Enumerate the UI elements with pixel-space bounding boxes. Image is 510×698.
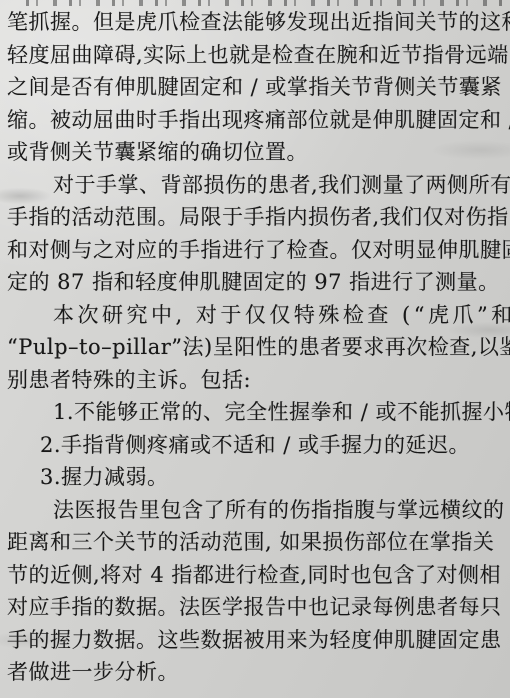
text-line: 本次研究中, 对于仅仅特殊检查 (“虎爪”和 — [7, 299, 510, 332]
text-line: 1.不能够正常的、完全性握拳和 / 或不能抓握小物体。 — [7, 396, 510, 429]
text-line: 手的握力数据。这些数据被用来为轻度伸肌腱固定患 — [7, 624, 510, 657]
text-line: 3.握力减弱。 — [7, 461, 510, 494]
text-line: 对应手指的数据。法医学报告中也记录每例患者每只 — [7, 591, 510, 624]
document-page: 笔抓握。但是虎爪检查法能够发现出近指间关节的这种轻度屈曲障碍,实际上也就是检查在… — [0, 0, 510, 698]
text-line: 定的 87 指和轻度伸肌腱固定的 97 指进行了测量。 — [7, 266, 510, 299]
text-line: 缩。被动屈曲时手指出现疼痛部位就是伸肌腱固定和 / — [7, 104, 510, 137]
text-line: 轻度屈曲障碍,实际上也就是检查在腕和近节指骨远端 — [7, 39, 510, 72]
text-line: 或背侧关节囊紧缩的确切位置。 — [7, 136, 510, 169]
text-line: 别患者特殊的主诉。包括: — [7, 364, 510, 397]
text-line: 者做进一步分析。 — [7, 656, 510, 689]
text-line: 手指的活动范围。局限于手指内损伤者,我们仅对伤指 — [7, 201, 510, 234]
text-line: 法医报告里包含了所有的伤指指腹与掌远横纹的 — [7, 494, 510, 527]
text-line: 节的近侧,将对 4 指都进行检查,同时也包含了对侧相 — [7, 559, 510, 592]
text-line: 距离和三个关节的活动范围, 如果损伤部位在掌指关 — [7, 526, 510, 559]
text-line: 2.手指背侧疼痛或不适和 / 或手握力的延迟。 — [7, 429, 510, 462]
text-line: 和对侧与之对应的手指进行了检查。仅对明显伸肌腱固 — [7, 234, 510, 267]
text-line: 对于手掌、背部损伤的患者,我们测量了两侧所有 — [7, 169, 510, 202]
text-lines: 笔抓握。但是虎爪检查法能够发现出近指间关节的这种轻度屈曲障碍,实际上也就是检查在… — [7, 6, 510, 689]
text-line: 之间是否有伸肌腱固定和 / 或掌指关节背侧关节囊紧 — [7, 71, 510, 104]
text-line: 笔抓握。但是虎爪检查法能够发现出近指间关节的这种 — [7, 6, 510, 39]
text-line: “Pulp–to–pillar”法)呈阳性的患者要求再次检查,以鉴 — [7, 331, 510, 364]
